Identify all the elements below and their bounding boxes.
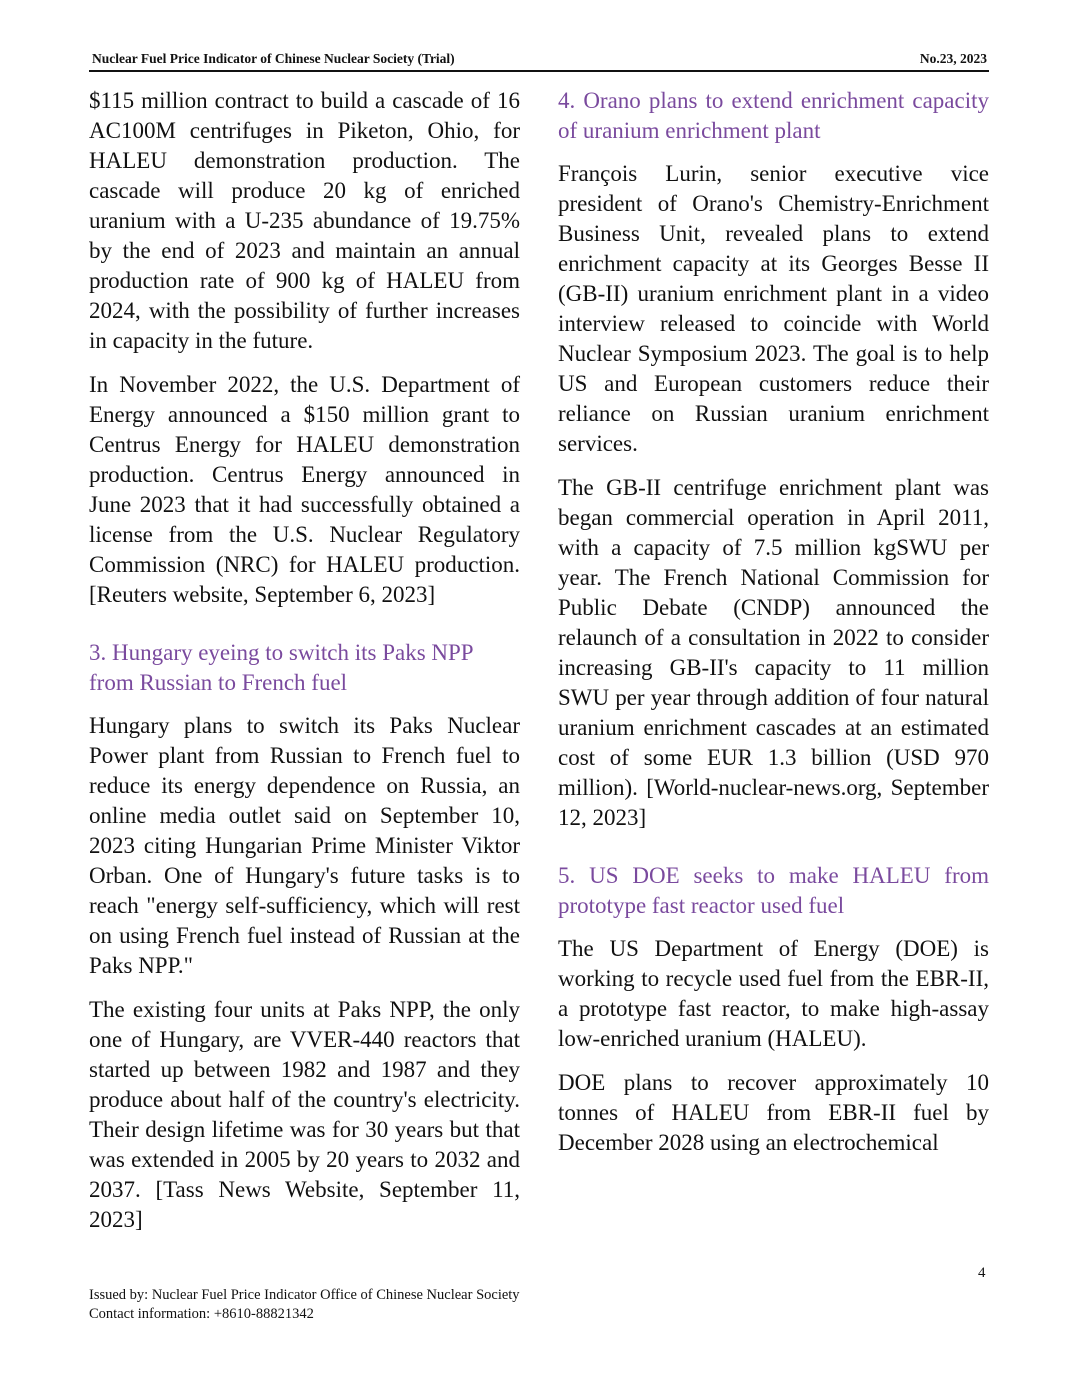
section-4-heading: 4. Orano plans to extend enrichment capa…	[558, 86, 989, 146]
paragraph: DOE plans to recover approximately 10 to…	[558, 1068, 989, 1158]
section-5-heading: 5. US DOE seeks to make HALEU from proto…	[558, 861, 989, 921]
issue-number: No.23, 2023	[920, 51, 987, 67]
page-header: Nuclear Fuel Price Indicator of Chinese …	[89, 50, 989, 72]
issued-by: Issued by: Nuclear Fuel Price Indicator …	[89, 1286, 520, 1305]
paragraph: $115 million contract to build a cascade…	[89, 86, 520, 356]
paragraph: In November 2022, the U.S. Department of…	[89, 370, 520, 610]
page-footer: Issued by: Nuclear Fuel Price Indicator …	[89, 1286, 520, 1324]
paragraph: The GB-II centrifuge enrichment plant wa…	[558, 473, 989, 833]
contact-info: Contact information: +8610-88821342	[89, 1305, 520, 1324]
section-3-heading: 3. Hungary eyeing to switch its Paks NPP…	[89, 638, 520, 698]
paragraph: François Lurin, senior executive vice pr…	[558, 159, 989, 459]
left-column: $115 million contract to build a cascade…	[89, 86, 520, 1249]
paragraph: The existing four units at Paks NPP, the…	[89, 995, 520, 1235]
right-column: 4. Orano plans to extend enrichment capa…	[558, 86, 989, 1172]
paragraph: Hungary plans to switch its Paks Nuclear…	[89, 711, 520, 981]
paragraph: The US Department of Energy (DOE) is wor…	[558, 934, 989, 1054]
page-number: 4	[978, 1265, 986, 1282]
publication-title: Nuclear Fuel Price Indicator of Chinese …	[92, 51, 455, 67]
